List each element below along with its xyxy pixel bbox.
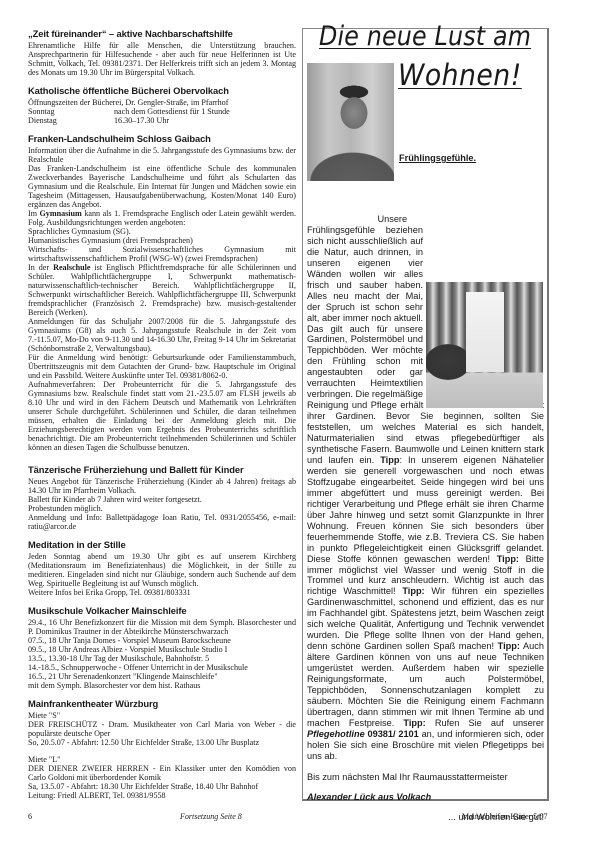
section-text: Anmeldung und Info: Ballettpädagoge Ioan… <box>28 513 296 531</box>
section-heading: Mainfrankentheater Würzburg <box>28 698 296 709</box>
section-text: Sprachliches Gymnasium (SG). <box>28 227 296 236</box>
section-text: Jeden Sonntag abend um 19.30 Uhr gibt es… <box>28 552 296 588</box>
theater-line: Leitung: Friedl ALBERT, Tel. 09381/9558 <box>28 791 296 800</box>
text-run: Im <box>28 209 40 218</box>
bold-term: Realschule <box>53 263 90 272</box>
section-text: Probestunden möglich. <box>28 504 296 513</box>
tip-label: Tipp <box>380 455 399 465</box>
ad-title-line1: Die neue Lust am <box>319 32 531 43</box>
hours-row: Sonntag nach dem Gottesdienst für 1 Stun… <box>28 107 296 116</box>
hours-day: Sonntag <box>28 107 114 116</box>
page-number: 6 <box>28 812 32 821</box>
curtain-photo <box>426 282 543 408</box>
section-text: Ehrenamtliche Hilfe für alle Menschen, d… <box>28 41 296 77</box>
tip-label: Tipp: <box>498 641 520 651</box>
section-text: Neues Angebot für Tänzerische Früherzieh… <box>28 477 296 495</box>
section-ballett: Tänzerische Früherziehung und Ballett fü… <box>28 464 296 531</box>
section-heading: „Zeit füreinander“ – aktive Nachbarschaf… <box>28 28 296 39</box>
opening-hours-intro: Öffnungszeiten der Bücherei, Dr. Gengler… <box>28 98 296 107</box>
theater-line: So, 20.5.07 - Abfahrt: 12.50 Uhr Eichfel… <box>28 738 296 747</box>
section-nachbarschaftshilfe: „Zeit füreinander“ – aktive Nachbarschaf… <box>28 28 296 77</box>
section-text: Weitere Infos bei Erika Gropp, Tel. 0938… <box>28 588 296 597</box>
publication-name: Mainschleifen-Kurier 5/07 <box>462 812 548 821</box>
event-line: 09.5., 18 Uhr Andreas Albiez - Vorspiel … <box>28 645 296 654</box>
section-text: Das Franken-Landschulheim ist eine öffen… <box>28 164 296 209</box>
section-landschulheim: Franken-Landschulheim Schloss Gaibach In… <box>28 133 296 452</box>
signature: Alexander Lück aus Volkach <box>307 792 544 803</box>
section-theater: Mainfrankentheater Würzburg Miete "S" DE… <box>28 698 296 800</box>
continuation-note: Fortsetzung Seite 8 <box>180 812 242 821</box>
hours-time: 16.30–17.30 Uhr <box>114 116 169 125</box>
ad-text: : In unserem eigenen Nähatelier werden s… <box>307 455 544 564</box>
hours-row: Dienstag 16.30–17.30 Uhr <box>28 116 296 125</box>
section-musikschule: Musikschule Volkacher Mainschleife 29.4.… <box>28 605 296 690</box>
hours-day: Dienstag <box>28 116 114 125</box>
event-line: mit dem Symph. Blasorchester vor dem his… <box>28 681 296 690</box>
section-heading: Katholische öffentliche Bücherei Obervol… <box>28 85 296 96</box>
section-text: Für die Anmeldung wird benötigt: Geburts… <box>28 353 296 380</box>
event-line: 14.-18.5., Schnupperwoche - Offener Unte… <box>28 663 296 672</box>
section-text: Humanistisches Gymnasium (drei Fremdspra… <box>28 236 296 245</box>
section-text: Im Gymnasium kann als 1. Fremdsprache En… <box>28 209 296 227</box>
event-line: 16.5., 21 Uhr Serenadenkonzert "Klingend… <box>28 672 296 681</box>
hotline-label: Pflegehotline <box>307 729 365 739</box>
advertisement-box: Die neue Lust am Wohnen! Frühlingsgefühl… <box>302 28 549 801</box>
section-text: Aufnahmeverfahren: Der Probeunterricht f… <box>28 380 296 452</box>
bold-term: Gymnasium <box>40 209 82 218</box>
ad-title-line2: Wohnen! <box>398 70 522 81</box>
section-text: Anmeldungen für das Schuljahr 2007/2008 … <box>28 317 296 353</box>
left-column: „Zeit füreinander“ – aktive Nachbarschaf… <box>28 28 296 808</box>
portrait-float-spacer <box>307 153 399 214</box>
tip-label: Tipp: <box>402 586 424 596</box>
ad-text: Rufen Sie auf unserer <box>426 718 544 728</box>
section-text: Wirtschafts- und Sozialwissenschaftliche… <box>28 245 296 263</box>
event-line: 29.4., 16 Uhr Benefizkonzert für die Mis… <box>28 618 296 636</box>
section-heading: Meditation in der Stille <box>28 539 296 550</box>
theater-line: Sa, 13.5.07 - Abfahrt: 18.30 Uhr Eichfel… <box>28 782 296 791</box>
section-meditation: Meditation in der Stille Jeden Sonntag a… <box>28 539 296 597</box>
section-text: Information über die Aufnahme in die 5. … <box>28 146 296 164</box>
theater-line: Miete "S" <box>28 711 296 720</box>
tip-label: Tipp: <box>403 718 425 728</box>
section-text: Ballett für Kinder ab 7 Jahren wird weit… <box>28 495 296 504</box>
event-line: 13.5., 13.30-18 Uhr Tag der Musikschule,… <box>28 654 296 663</box>
theater-line: DER DIENER ZWEIER HERREN - Ein Klassiker… <box>28 764 296 782</box>
event-line: 07.5., 18 Uhr Tanja Domes - Vorspiel Mus… <box>28 636 296 645</box>
section-heading: Franken-Landschulheim Schloss Gaibach <box>28 133 296 144</box>
hotline-number: 09381/ 2101 <box>367 729 418 739</box>
section-heading: Tänzerische Früherziehung und Ballett fü… <box>28 464 296 475</box>
text-run: In der <box>28 263 53 272</box>
tip-label: Tipp: <box>497 554 519 564</box>
theater-line: Miete "L" <box>28 755 296 764</box>
hours-time: nach dem Gottesdienst für 1 Stunde <box>114 107 230 116</box>
section-heading: Musikschule Volkacher Mainschleife <box>28 605 296 616</box>
closing-line: Bis zum nächsten Mal Ihr Raumausstatterm… <box>307 772 544 783</box>
section-buecherei: Katholische öffentliche Bücherei Obervol… <box>28 85 296 125</box>
section-text: In der Realschule ist Englisch Pflichtfr… <box>28 263 296 317</box>
text-run: ist Englisch Pflichtfremdsprache für all… <box>28 263 296 317</box>
theater-line: DER FREISCHÜTZ - Dram. Musiktheater von … <box>28 720 296 738</box>
ad-text: Auch ältere Gardinen können von uns auf … <box>307 641 544 728</box>
ad-body: Frühlingsgefühle.Unsere Frühlingsgefühle… <box>307 153 544 832</box>
